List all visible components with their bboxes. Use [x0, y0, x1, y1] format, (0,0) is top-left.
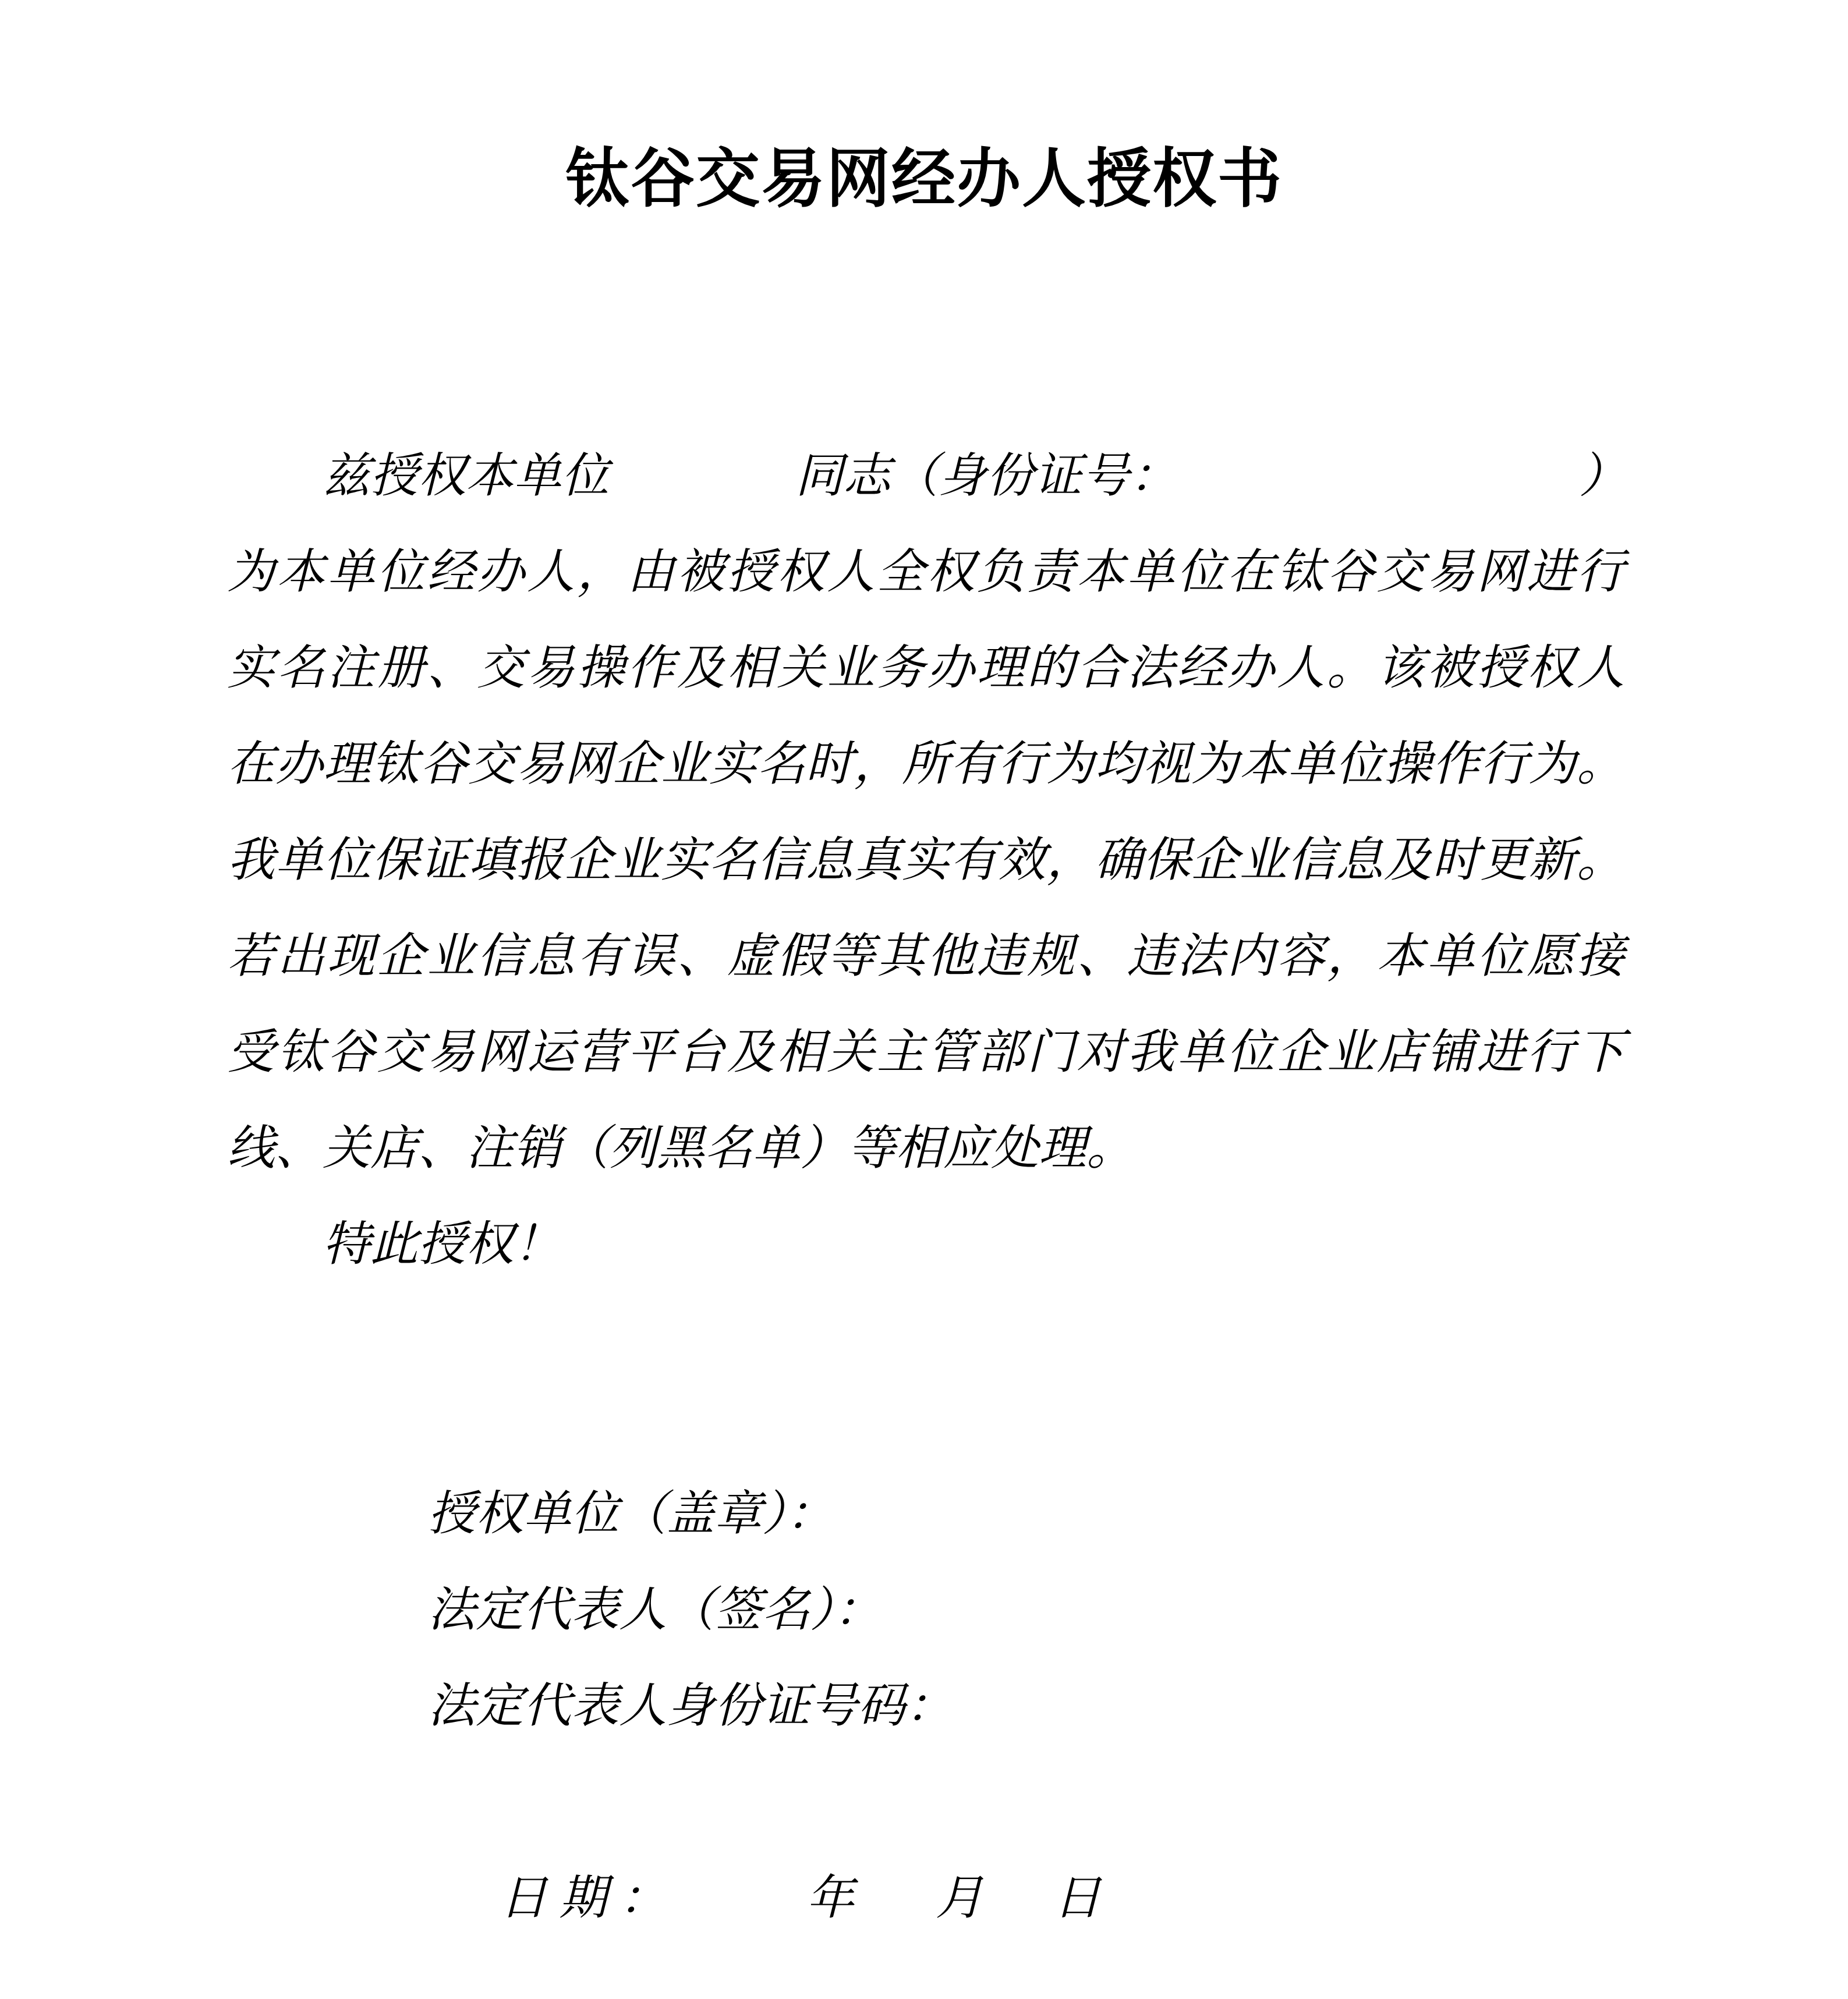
comrade-id-label: 同志（身份证号： [795, 449, 1177, 502]
org-seal-label: 授权单位（盖章）： [428, 1466, 1101, 1562]
document-page: 钛谷交易网经办人授权书 兹授权本单位同志（身份证号：） 为本单位经办人，由被授权… [0, 0, 1848, 1999]
legal-rep-signature-label: 法定代表人（签名）： [428, 1562, 1101, 1658]
authorize-prefix-text: 兹授权本单位 [323, 449, 609, 502]
body-line: 实名注册、交易操作及相关业务办理的合法经办人。该被授权人 [227, 620, 1624, 716]
day-label: 日 [1053, 1872, 1101, 1924]
date-label: 日 期 ： [500, 1872, 667, 1924]
body-line: 为本单位经办人，由被授权人全权负责本单位在钛谷交易网进行 [227, 524, 1624, 620]
body-line: 在办理钛谷交易网企业实名时，所有行为均视为本单位操作行为。 [227, 716, 1624, 812]
date-line: 日 期 ：年月日 [428, 1754, 1101, 1850]
month-label: 月 [936, 1872, 983, 1924]
body-line: 若出现企业信息有误、虚假等其他违规、违法内容，本单位愿接 [227, 908, 1624, 1004]
year-label: 年 [806, 1872, 854, 1924]
signature-block: 授权单位（盖章）： 法定代表人（签名）： 法定代表人身份证号码： 日 期 ：年月… [428, 1466, 1101, 1850]
page-title: 钛谷交易网经办人授权书 [0, 141, 1848, 218]
closing-statement-text: 特此授权！ [323, 1218, 561, 1271]
legal-rep-id-label: 法定代表人身份证号码： [428, 1658, 1101, 1754]
closing-paren: ） [1579, 449, 1627, 502]
body-line: 我单位保证填报企业实名信息真实有效，确保企业信息及时更新。 [227, 812, 1624, 908]
authorization-line: 兹授权本单位同志（身份证号：） [227, 428, 1624, 524]
body-line: 线、关店、注销（列黑名单）等相应处理。 [227, 1100, 1624, 1196]
closing-statement: 特此授权！ [227, 1196, 1624, 1292]
body-line: 受钛谷交易网运营平台及相关主管部门对我单位企业店铺进行下 [227, 1004, 1624, 1100]
body-paragraph: 兹授权本单位同志（身份证号：） 为本单位经办人，由被授权人全权负责本单位在钛谷交… [227, 428, 1624, 1292]
